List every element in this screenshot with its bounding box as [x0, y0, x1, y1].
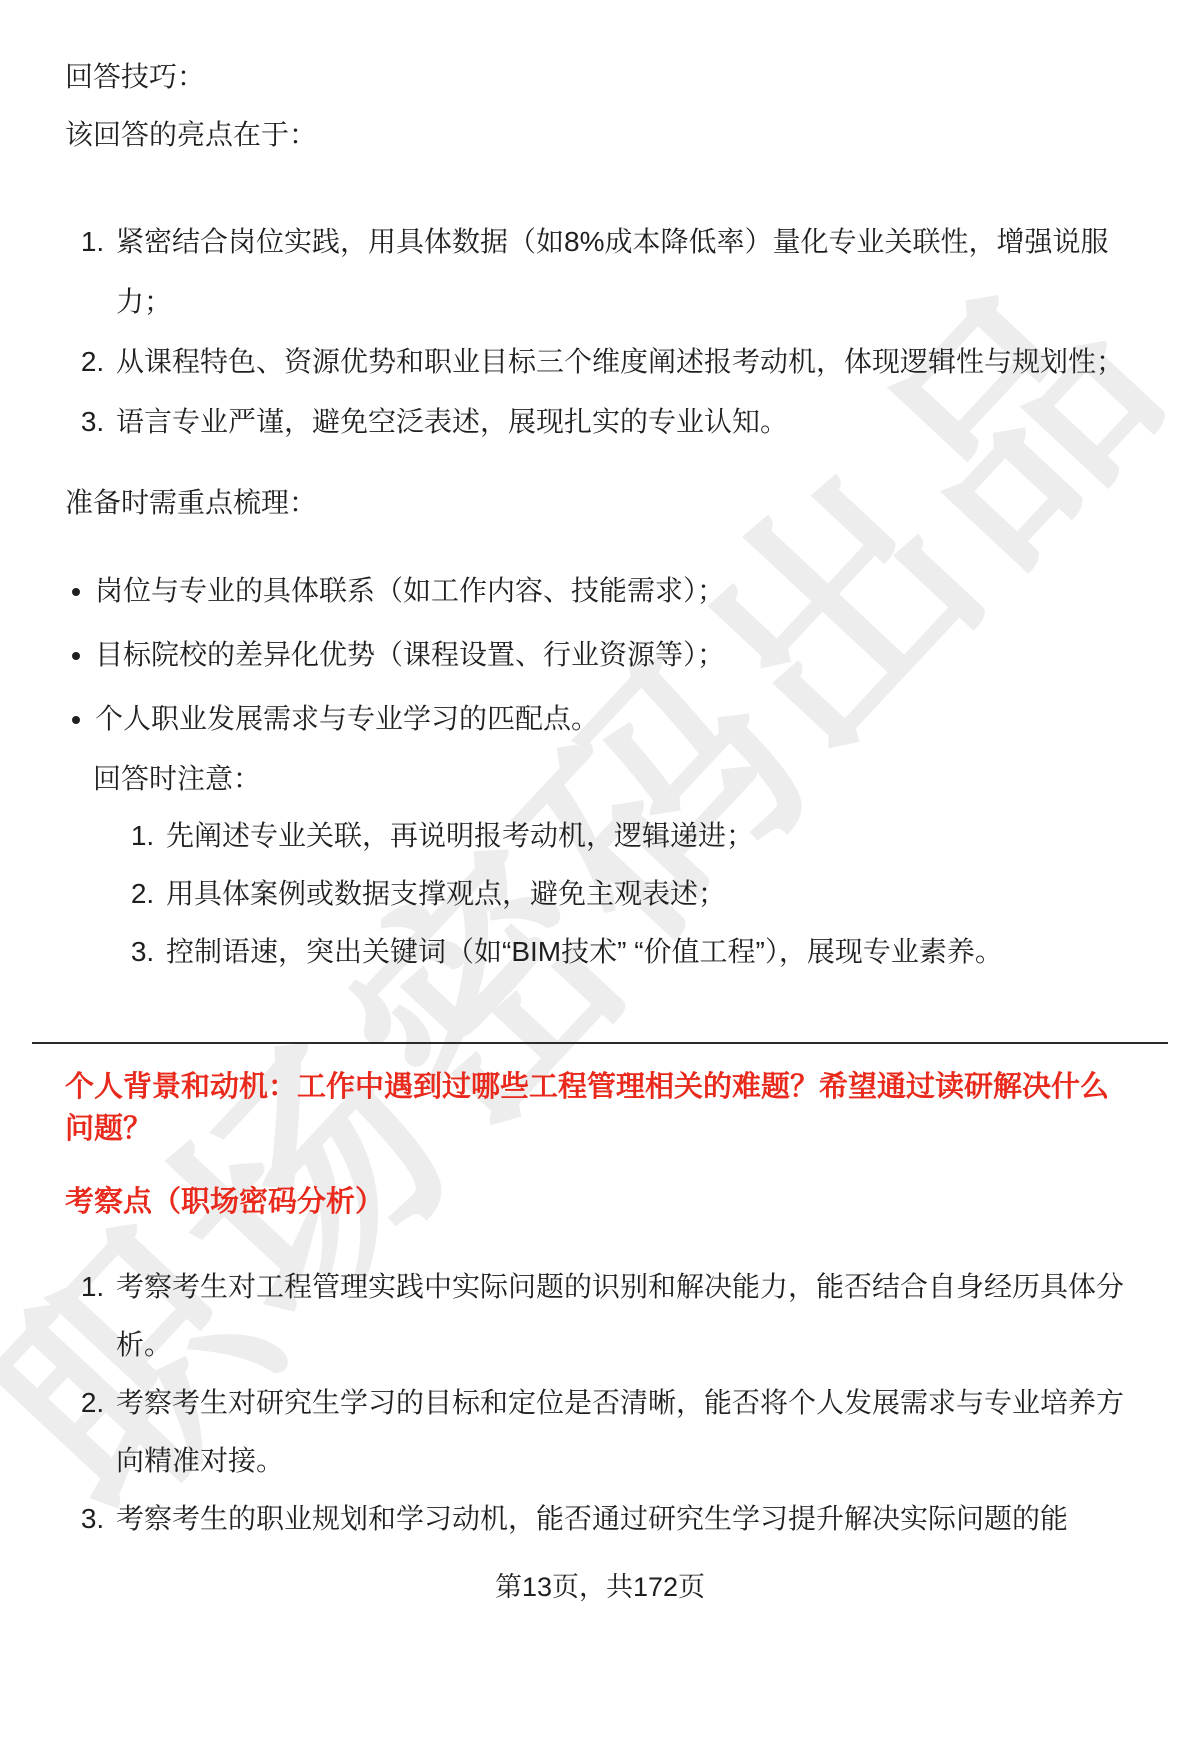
section-divider: [32, 1042, 1168, 1044]
list-item: 控制语速，突出关键词（如“BIM技术” “价值工程”），展现专业素养。: [162, 923, 1135, 981]
document-page: 回答技巧： 该回答的亮点在于： 紧密结合岗位实践，用具体数据（如8%成本降低率）…: [0, 0, 1200, 1604]
exam-point-heading: 考察点（职场密码分析）: [65, 1181, 1135, 1223]
prepare-points-list: 岗位与专业的具体联系（如工作内容、技能需求）； 目标院校的差异化优势（课程设置、…: [65, 574, 1135, 736]
interview-question-heading: 个人背景和动机：工作中遇到过哪些工程管理相关的难题？希望通过读研解决什么问题？: [65, 1066, 1135, 1150]
list-item: 考察考生的职业规划和学习动机，能否通过研究生学习提升解决实际问题的能: [112, 1490, 1135, 1548]
answer-tips-title: 回答技巧：: [65, 60, 1135, 94]
list-item: 考察考生对研究生学习的目标和定位是否清晰，能否将个人发展需求与专业培养方向精准对…: [112, 1374, 1135, 1490]
exam-points-list: 考察考生对工程管理实践中实际问题的识别和解决能力，能否结合自身经历具体分析。 考…: [65, 1258, 1135, 1548]
list-item: 语言专业严谨，避免空泛表述，展现扎实的专业认知。: [112, 392, 1135, 452]
highlights-list: 紧密结合岗位实践，用具体数据（如8%成本降低率）量化专业关联性，增强说服力； 从…: [65, 212, 1135, 452]
list-item: 从课程特色、资源优势和职业目标三个维度阐述报考动机，体现逻辑性与规划性；: [112, 332, 1135, 392]
page-number: 第13页，共172页: [65, 1570, 1135, 1604]
list-item: 先阐述专业关联，再说明报考动机，逻辑递进；: [162, 807, 1135, 865]
list-item: 岗位与专业的具体联系（如工作内容、技能需求）；: [95, 574, 1135, 608]
list-item: 紧密结合岗位实践，用具体数据（如8%成本降低率）量化专业关联性，增强说服力；: [112, 212, 1135, 332]
answer-notes-list: 先阐述专业关联，再说明报考动机，逻辑递进； 用具体案例或数据支撑观点，避免主观表…: [115, 807, 1135, 981]
list-item: 个人职业发展需求与专业学习的匹配点。: [95, 702, 1135, 736]
list-item: 用具体案例或数据支撑观点，避免主观表述；: [162, 865, 1135, 923]
list-item: 目标院校的差异化优势（课程设置、行业资源等）；: [95, 638, 1135, 672]
answer-note-title: 回答时注意：: [93, 762, 1135, 796]
list-item: 考察考生对工程管理实践中实际问题的识别和解决能力，能否结合自身经历具体分析。: [112, 1258, 1135, 1374]
prepare-title: 准备时需重点梳理：: [65, 486, 1135, 520]
highlights-intro: 该回答的亮点在于：: [65, 118, 1135, 152]
